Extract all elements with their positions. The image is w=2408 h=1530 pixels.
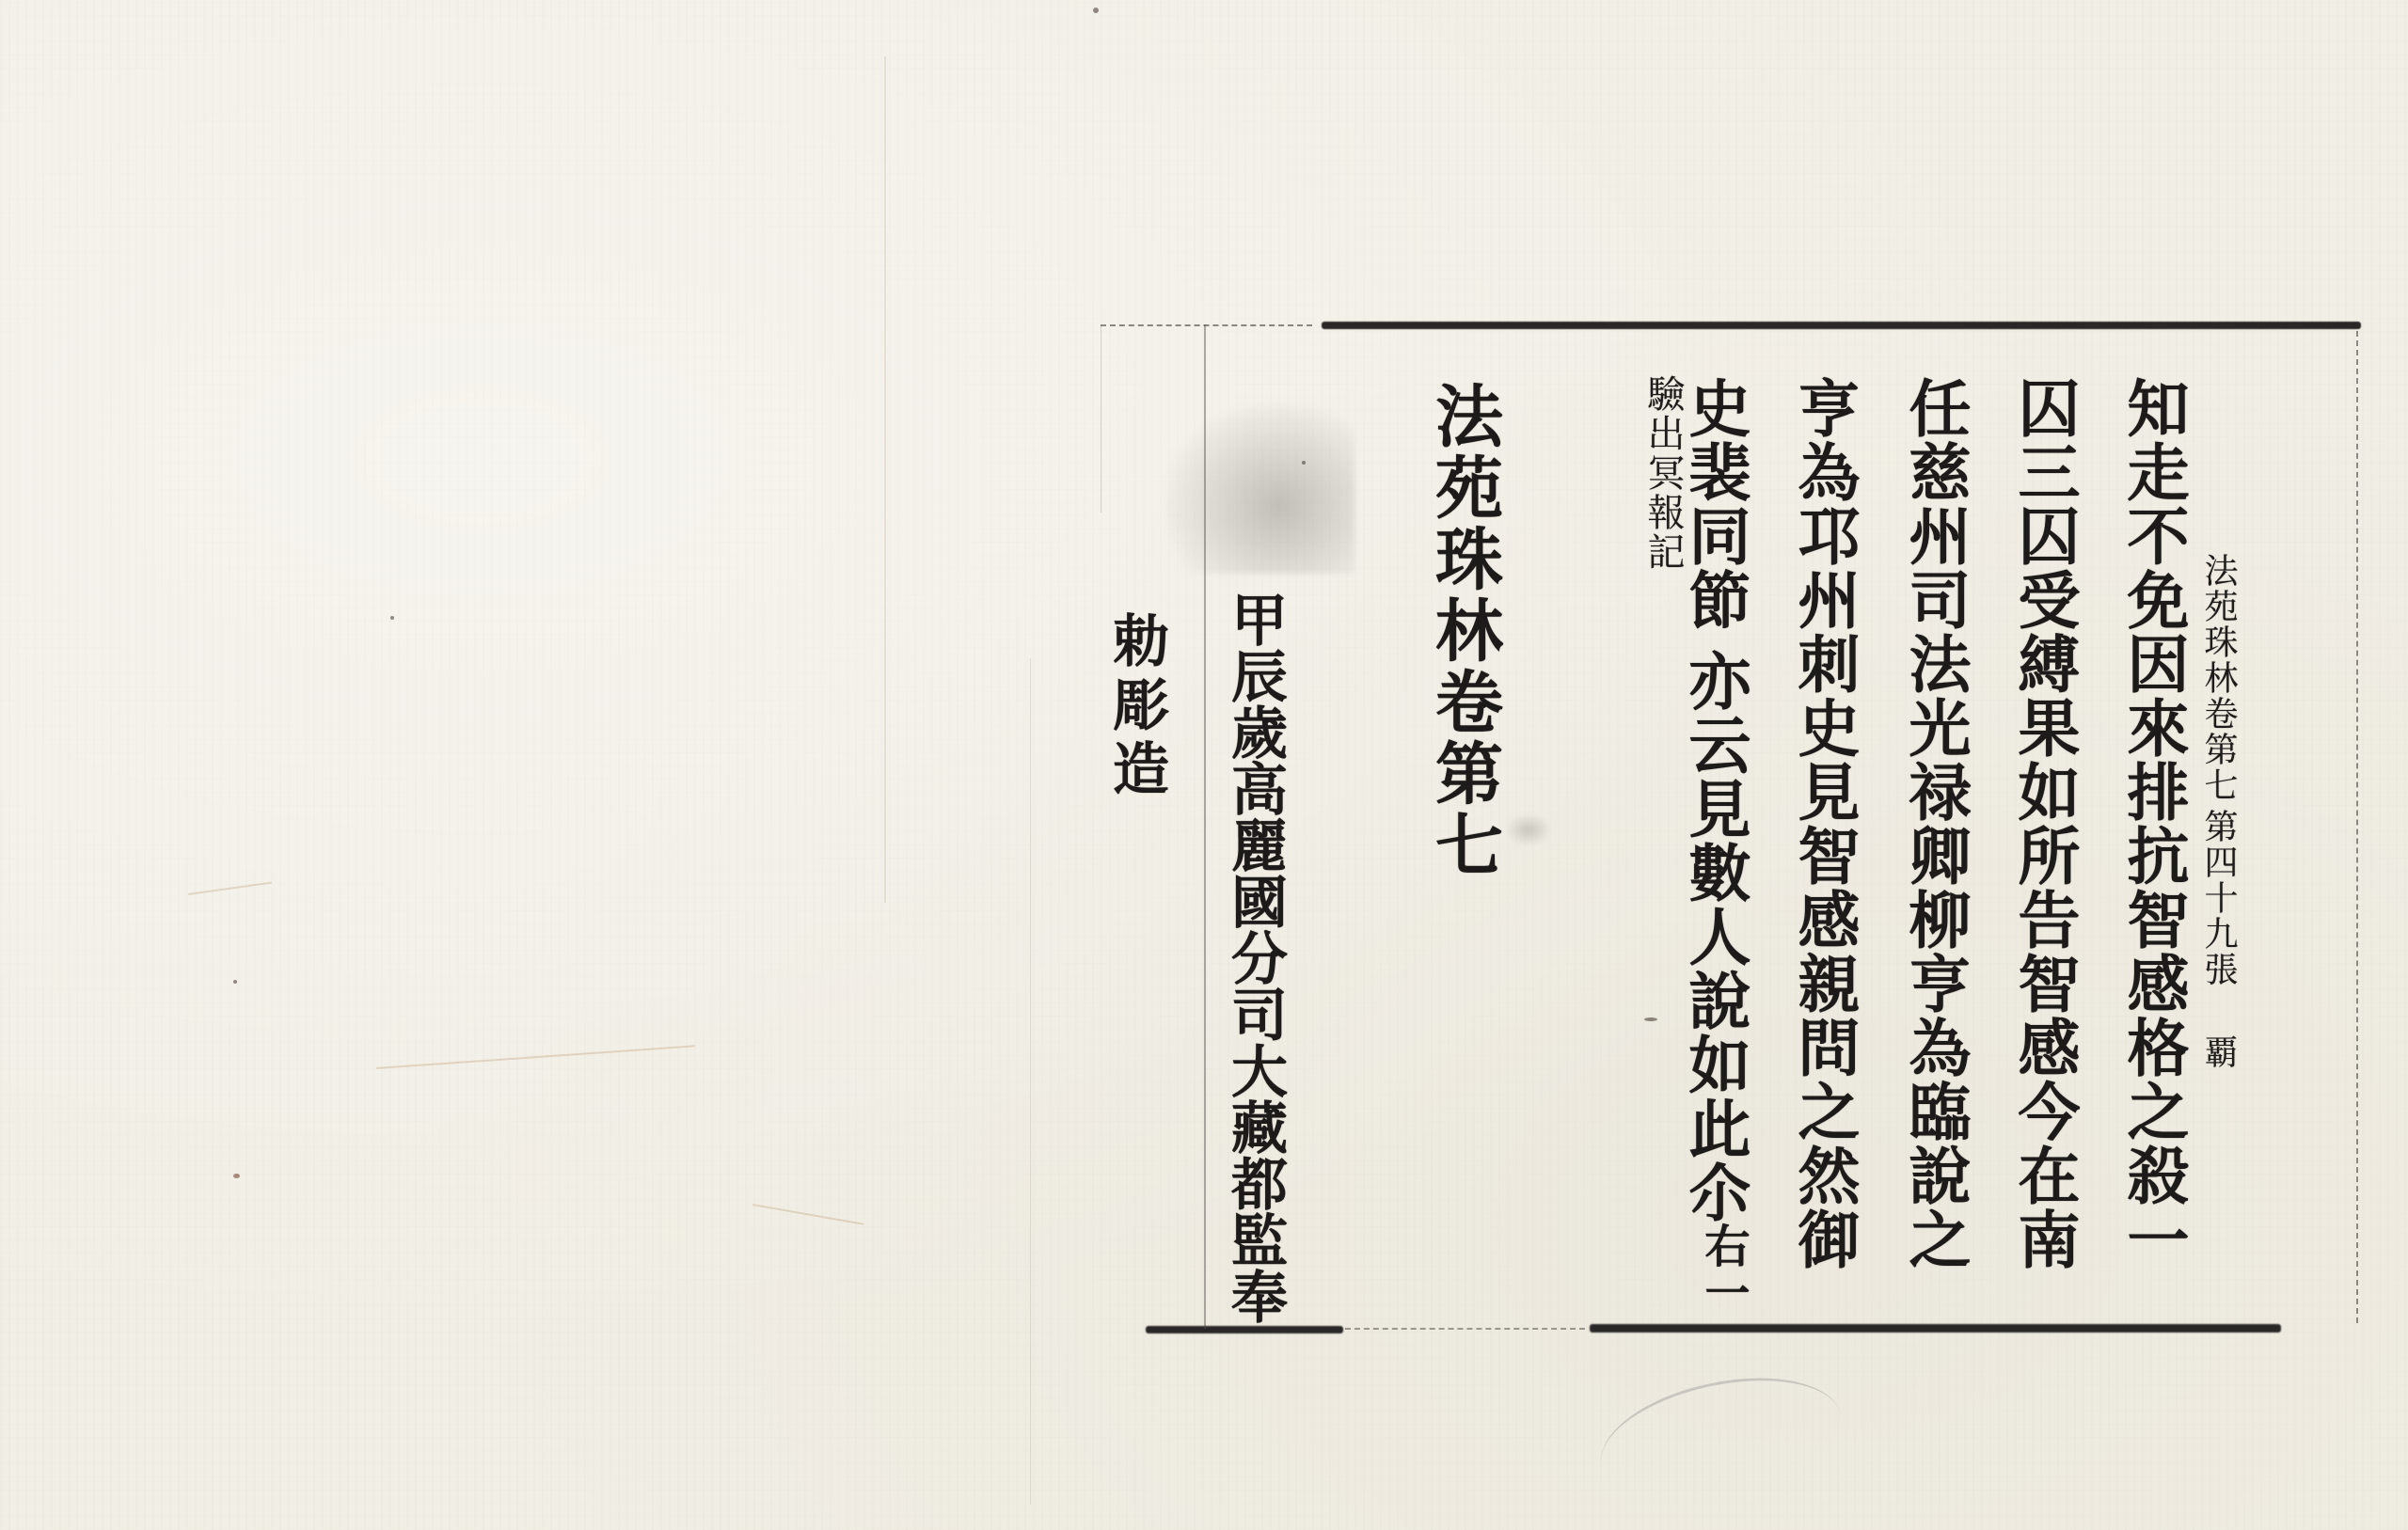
pencil-mark [1590, 1358, 1853, 1522]
paper-crease [884, 56, 886, 903]
document-page: 法苑珠林卷第七 第四十九張 覇 知走不免因來排抗智感格之殺一 囚三囚受縛果如所告… [0, 0, 2408, 1530]
colophon-line-1: 甲辰歲高麗國分司大藏都監奉 [1227, 591, 1283, 1324]
margin-sheet-number: 第四十九張 [2201, 809, 2235, 987]
frame-bottom-rule-left [1146, 1326, 1343, 1333]
colophon-column-rule [1204, 324, 1206, 1329]
end-title: 法苑珠林卷第七 [1430, 381, 1497, 881]
left-column-rule [1101, 324, 1101, 513]
text-column-4: 亨為邛州刺史見智感親問之然御 [1793, 376, 1855, 1271]
paper-fiber [752, 1204, 864, 1225]
text-column-6-source: 驗出冥報記 [1644, 374, 1682, 572]
frame-top-rule [1322, 322, 2361, 329]
paper-fiber [188, 881, 272, 895]
text-column-5c: 右一 [1701, 1222, 1746, 1317]
frame-top-rule-faint [1101, 324, 1312, 326]
paper-speck [390, 616, 394, 620]
text-column-5a: 史裴同節 [1684, 376, 1746, 632]
text-column-3: 任慈州司法光禄卿柳亨為臨說之 [1904, 376, 1966, 1271]
margin-title: 法苑珠林卷第七 [2201, 553, 2235, 803]
margin-carver-mark: 覇 [2201, 1034, 2235, 1070]
frame-right-rule [2356, 331, 2358, 1323]
text-column-2: 囚三囚受縛果如所告智感今在南 [2013, 376, 2075, 1271]
paper-speck [233, 980, 237, 984]
text-column-5b: 亦云見數人說如此尒 [1684, 649, 1746, 1224]
paper-speck [233, 1174, 240, 1178]
frame-bottom-rule-faint [1345, 1328, 1585, 1330]
frame-bottom-rule [1590, 1324, 2281, 1333]
paper-speck [1644, 1017, 1657, 1021]
ink-smudge [1505, 813, 1552, 846]
text-column-1: 知走不免因來排抗智感格之殺一 [2122, 376, 2184, 1271]
colophon-line-2: 勅彫造 [1108, 611, 1164, 803]
paper-fiber [376, 1045, 695, 1069]
ink-smudge [1166, 404, 1354, 574]
paper-crease [1030, 658, 1031, 1505]
paper-speck [1093, 8, 1099, 13]
